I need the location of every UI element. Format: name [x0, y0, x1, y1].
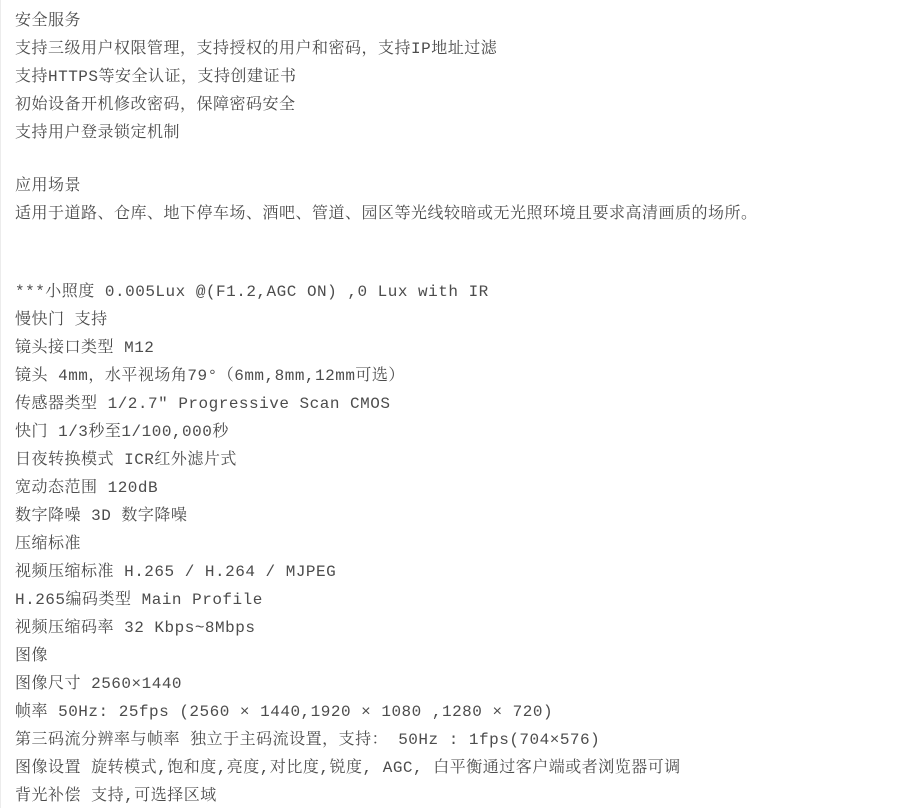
spec-line-image-settings: 图像设置 旋转模式,饱和度,亮度,对比度,锐度, AGC, 白平衡通过客户端或者… [15, 754, 923, 782]
spec-line-sensor-type: 传感器类型 1/2.7″ Progressive Scan CMOS [15, 390, 923, 418]
spec-heading-image: 图像 [15, 642, 923, 670]
spec-document: 安全服务 支持三级用户权限管理，支持授权的用户和密码，支持IP地址过滤 支持HT… [0, 0, 923, 808]
section-application-scene: 应用场景 适用于道路、仓库、地下停车场、酒吧、管道、园区等光线较暗或无光照环境且… [15, 172, 923, 228]
spec-heading-compression: 压缩标准 [15, 530, 923, 558]
spec-line-blc: 背光补偿 支持,可选择区域 [15, 782, 923, 808]
spec-line-dnr: 数字降噪 3D 数字降噪 [15, 502, 923, 530]
spec-line-min-illumination: ***小照度 0.005Lux @(F1.2,AGC ON) ,0 Lux wi… [15, 278, 923, 306]
security-line: 支持三级用户权限管理，支持授权的用户和密码，支持IP地址过滤 [15, 35, 923, 63]
security-service-heading: 安全服务 [15, 7, 923, 35]
spec-line-lens: 镜头 4mm，水平视场角79°（6mm,8mm,12mm可选） [15, 362, 923, 390]
spec-line-lens-mount: 镜头接口类型 M12 [15, 334, 923, 362]
spec-line-wdr: 宽动态范围 120dB [15, 474, 923, 502]
spec-line-image-size: 图像尺寸 2560×1440 [15, 670, 923, 698]
spec-line-third-stream: 第三码流分辨率与帧率 独立于主码流设置，支持： 50Hz : 1fps(704×… [15, 726, 923, 754]
spec-line-shutter: 快门 1/3秒至1/100,000秒 [15, 418, 923, 446]
application-scene-heading: 应用场景 [15, 172, 923, 200]
spec-line-frame-rate: 帧率 50Hz: 25fps (2560 × 1440,1920 × 1080 … [15, 698, 923, 726]
spec-line-slow-shutter: 慢快门 支持 [15, 306, 923, 334]
application-scene-line: 适用于道路、仓库、地下停车场、酒吧、管道、园区等光线较暗或无光照环境且要求高清画… [15, 200, 923, 228]
security-line: 支持用户登录锁定机制 [15, 119, 923, 147]
section-specifications: ***小照度 0.005Lux @(F1.2,AGC ON) ,0 Lux wi… [15, 278, 923, 808]
security-line: 支持HTTPS等安全认证，支持创建证书 [15, 63, 923, 91]
section-security-service: 安全服务 支持三级用户权限管理，支持授权的用户和密码，支持IP地址过滤 支持HT… [15, 7, 923, 147]
spec-line-bitrate: 视频压缩码率 32 Kbps~8Mbps [15, 614, 923, 642]
spec-line-h265-encoding: H.265编码类型 Main Profile [15, 586, 923, 614]
spec-line-day-night-mode: 日夜转换模式 ICR红外滤片式 [15, 446, 923, 474]
security-line: 初始设备开机修改密码，保障密码安全 [15, 91, 923, 119]
spec-line-video-compression: 视频压缩标准 H.265 / H.264 / MJPEG [15, 558, 923, 586]
